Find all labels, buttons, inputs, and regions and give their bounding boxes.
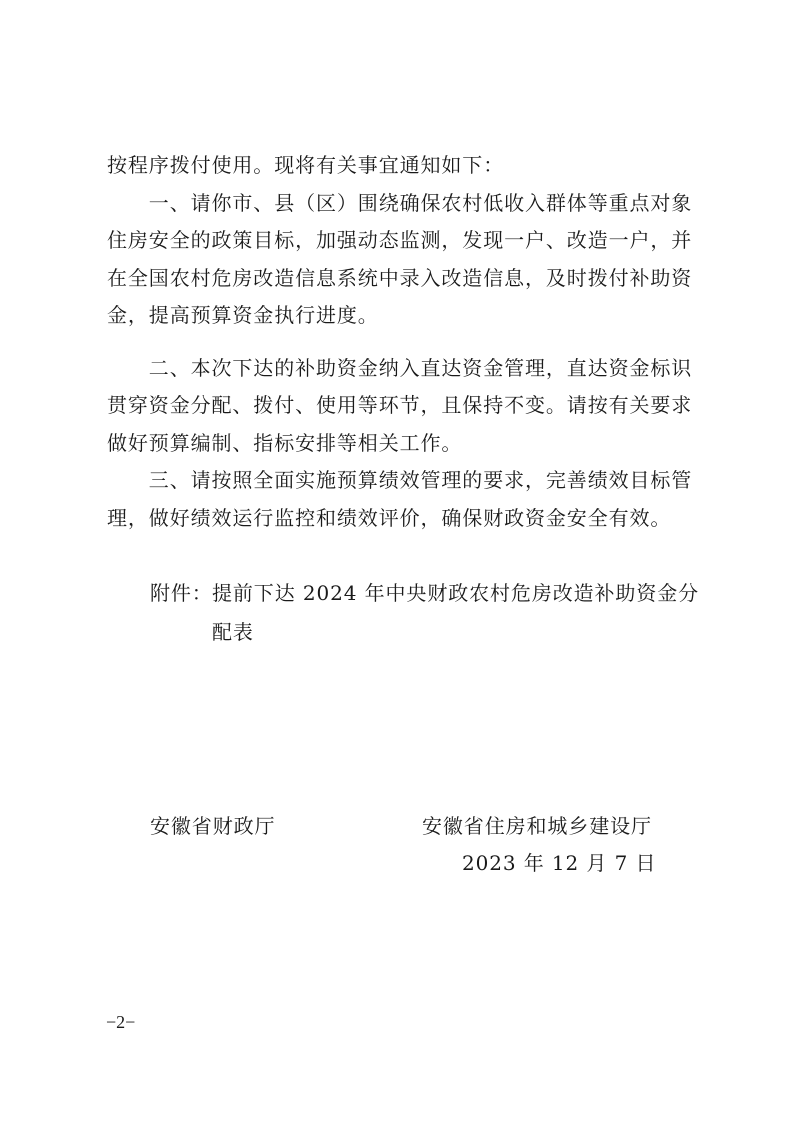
document-page: 按程序拨付使用。现将有关事宜通知如下： 一、请你市、县（区）围绕确保农村低收入群… bbox=[0, 0, 793, 1122]
item-2-line-1: 二、本次下达的补助资金纳入直达资金管理，直达资金标识 bbox=[107, 356, 697, 380]
item-1-line-2: 住房安全的政策目标，加强动态监测，发现一户、改造一户，并 bbox=[107, 228, 697, 252]
attachment-title-line-2: 配表 bbox=[212, 620, 254, 644]
intro-line: 按程序拨付使用。现将有关事宜通知如下： bbox=[107, 153, 697, 177]
item-1-line-3: 在全国农村危房改造信息系统中录入改造信息，及时拨付补助资 bbox=[107, 266, 697, 290]
attachment-label: 附件： bbox=[150, 581, 213, 605]
signature-date: 2023 年 12 月 7 日 bbox=[462, 851, 656, 875]
attachment-title-line-1: 提前下达 2024 年中央财政农村危房改造补助资金分 bbox=[212, 581, 699, 605]
item-2-line-3: 做好预算编制、指标安排等相关工作。 bbox=[107, 431, 697, 455]
signature-left: 安徽省财政厅 bbox=[150, 814, 275, 838]
item-3-line-2: 理，做好绩效运行监控和绩效评价，确保财政资金安全有效。 bbox=[107, 506, 697, 530]
item-1-line-4: 金，提高预算资金执行进度。 bbox=[107, 303, 697, 327]
signature-right: 安徽省住房和城乡建设厅 bbox=[422, 814, 652, 838]
page-number: −2− bbox=[106, 1012, 135, 1033]
item-2-line-2: 贯穿资金分配、拨付、使用等环节，且保持不变。请按有关要求 bbox=[107, 393, 697, 417]
item-1-line-1: 一、请你市、县（区）围绕确保农村低收入群体等重点对象 bbox=[107, 191, 697, 215]
item-3-line-1: 三、请按照全面实施预算绩效管理的要求，完善绩效目标管 bbox=[107, 468, 697, 492]
